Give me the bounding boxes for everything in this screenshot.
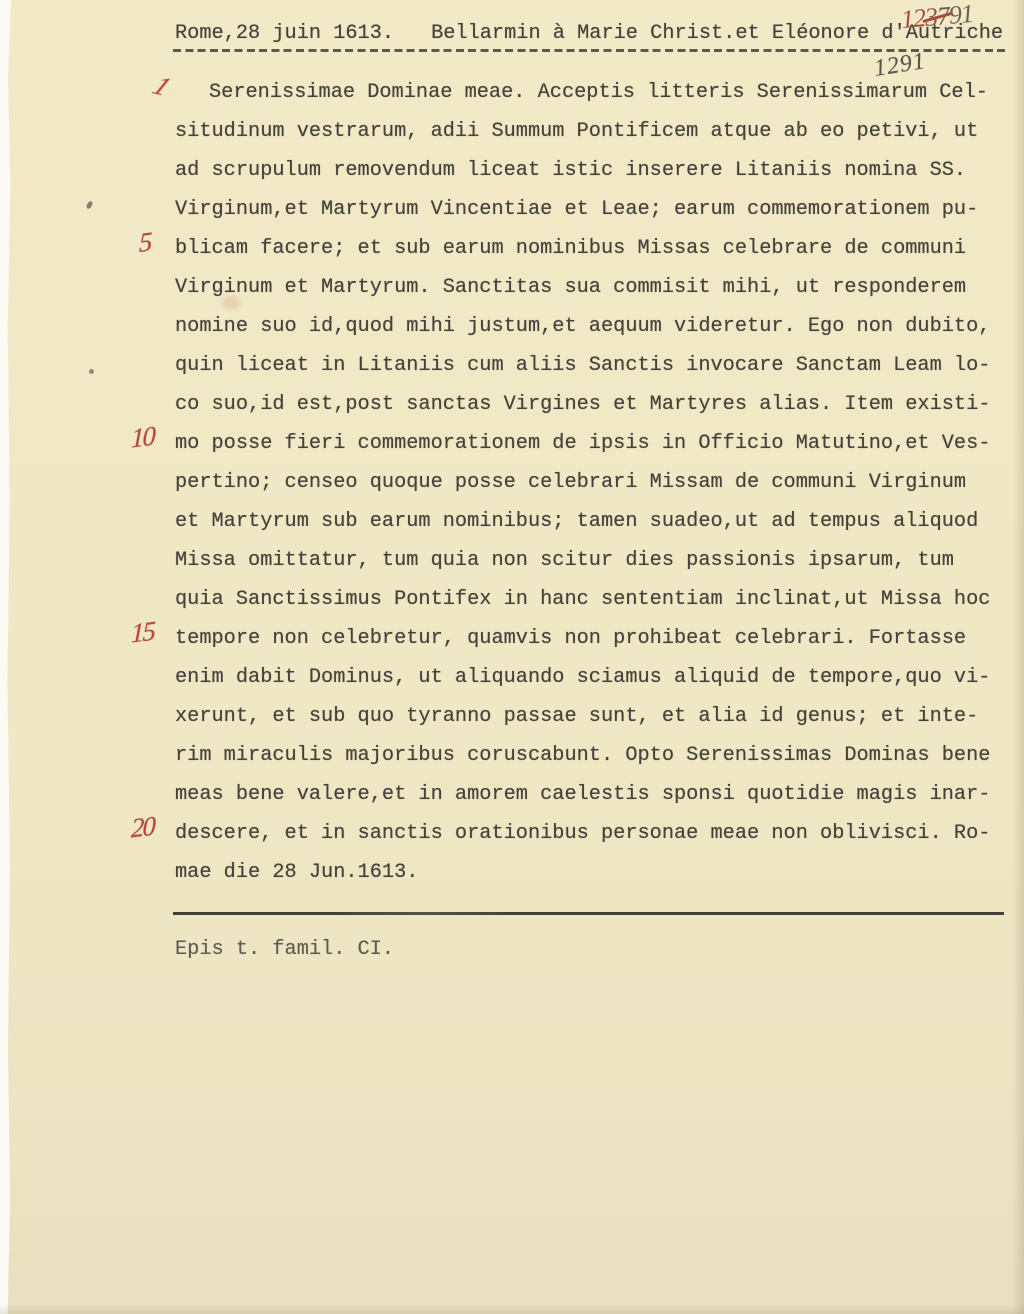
letter-line-text: mae die 28 Jun.1613. bbox=[175, 861, 418, 884]
letter-line-text: quia Sanctissimus Pontifex in hanc sente… bbox=[175, 588, 990, 611]
letter-line: situdinum vestrarum, adii Summum Pontifi… bbox=[175, 112, 990, 151]
letter-line: ad scrupulum removendum liceat istic ins… bbox=[175, 151, 990, 190]
letter-line-text: tempore non celebretur, quamvis non proh… bbox=[175, 627, 966, 650]
margin-line-number: 1 bbox=[145, 67, 178, 105]
letter-line-text: quin liceat in Litaniis cum aliis Sancti… bbox=[175, 354, 990, 377]
letter-line-text: xerunt, et sub quo tyranno passae sunt, … bbox=[175, 705, 978, 728]
letter-line-text: situdinum vestrarum, adii Summum Pontifi… bbox=[175, 120, 978, 143]
source-citation: Epis t. famil. CI. bbox=[175, 938, 394, 961]
letter-line-text: descere, et in sanctis orationibus perso… bbox=[175, 822, 990, 845]
header-date-place: Rome,28 juin 1613. bbox=[175, 22, 394, 45]
letter-line-text: Virginum et Martyrum. Sanctitas sua comm… bbox=[175, 276, 966, 299]
document-page: Rome,28 juin 1613.Bellarmin à Marie Chri… bbox=[0, 0, 1024, 1314]
margin-line-number: 15 bbox=[131, 611, 155, 653]
letter-line: Virginum,et Martyrum Vincentiae et Leae;… bbox=[175, 190, 990, 229]
margin-line-number: 10 bbox=[131, 416, 155, 458]
letter-line-text: Serenissimae Dominae meae. Acceptis litt… bbox=[209, 81, 988, 104]
scan-edge-left bbox=[0, 0, 11, 1314]
letter-line: quin liceat in Litaniis cum aliis Sancti… bbox=[175, 346, 990, 385]
letter-line: quia Sanctissimus Pontifex in hanc sente… bbox=[175, 580, 990, 619]
paper-speck bbox=[89, 369, 94, 374]
letter-line-text: pertino; censeo quoque posse celebrari M… bbox=[175, 471, 966, 494]
footer-rule bbox=[173, 912, 1004, 915]
letter-line-text: Virginum,et Martyrum Vincentiae et Leae;… bbox=[175, 198, 978, 221]
margin-line-number: 5 bbox=[139, 222, 153, 263]
letter-line: 20descere, et in sanctis orationibus per… bbox=[175, 814, 990, 853]
letter-body: 1Serenissimae Dominae meae. Acceptis lit… bbox=[175, 73, 990, 892]
letter-line: pertino; censeo quoque posse celebrari M… bbox=[175, 463, 990, 502]
letter-line-text: et Martyrum sub earum nominibus; tamen s… bbox=[175, 510, 978, 533]
paper-smudge bbox=[222, 296, 240, 309]
letter-line: co suo,id est,post sanctas Virgines et M… bbox=[175, 385, 990, 424]
letter-line: et Martyrum sub earum nominibus; tamen s… bbox=[175, 502, 990, 541]
letter-line-text: co suo,id est,post sanctas Virgines et M… bbox=[175, 393, 990, 416]
letter-line-text: meas bene valere,et in amorem caelestis … bbox=[175, 783, 990, 806]
letter-line-text: ad scrupulum removendum liceat istic ins… bbox=[175, 159, 966, 182]
letter-line-text: nomine suo id,quod mihi justum,et aequum… bbox=[175, 315, 990, 338]
letter-line: nomine suo id,quod mihi justum,et aequum… bbox=[175, 307, 990, 346]
letter-line: meas bene valere,et in amorem caelestis … bbox=[175, 775, 990, 814]
letter-line: 10mo posse fieri commemorationem de ipsi… bbox=[175, 424, 990, 463]
page-edge-bottom bbox=[0, 1304, 1024, 1314]
letter-line-text: mo posse fieri commemorationem de ipsis … bbox=[175, 432, 990, 455]
margin-line-number: 20 bbox=[131, 806, 155, 848]
letter-line: mae die 28 Jun.1613. bbox=[175, 853, 990, 892]
paper-speck bbox=[86, 200, 93, 209]
letter-line-text: blicam facere; et sub earum nominibus Mi… bbox=[175, 237, 966, 260]
letter-line: 1Serenissimae Dominae meae. Acceptis lit… bbox=[175, 73, 990, 112]
letter-line-text: rim miraculis majoribus coruscabunt. Opt… bbox=[175, 744, 990, 767]
archive-number-struck-digit: 3 bbox=[924, 2, 939, 33]
letter-line-text: enim dabit Dominus, ut aliquando sciamus… bbox=[175, 666, 990, 689]
letter-line: Missa omittatur, tum quia non scitur die… bbox=[175, 541, 990, 580]
letter-line-text: Missa omittatur, tum quia non scitur die… bbox=[175, 549, 954, 572]
dashed-rule bbox=[173, 49, 1006, 52]
letter-line: 15tempore non celebretur, quamvis non pr… bbox=[175, 619, 990, 658]
letter-line: enim dabit Dominus, ut aliquando sciamus… bbox=[175, 658, 990, 697]
letter-line: xerunt, et sub quo tyranno passae sunt, … bbox=[175, 697, 990, 736]
document-header: Rome,28 juin 1613.Bellarmin à Marie Chri… bbox=[175, 22, 1003, 45]
letter-line: rim miraculis majoribus coruscabunt. Opt… bbox=[175, 736, 990, 775]
letter-line: Virginum et Martyrum. Sanctitas sua comm… bbox=[175, 268, 990, 307]
archive-number-prefix: 12 bbox=[900, 3, 926, 34]
page-edge-right bbox=[1012, 0, 1024, 1314]
letter-line: 5blicam facere; et sub earum nominibus M… bbox=[175, 229, 990, 268]
